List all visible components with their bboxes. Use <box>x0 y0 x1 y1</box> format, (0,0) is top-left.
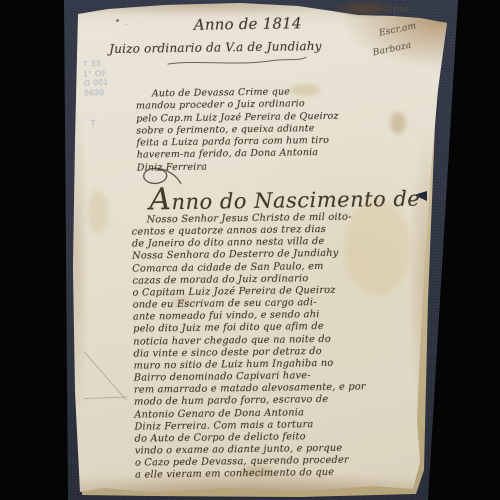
body-paragraph: Nosso Senhor Jesus Christo de mil oito-c… <box>131 211 363 482</box>
archival-code-line: G 001 <box>84 78 109 89</box>
corner-annotation-line: Barboza <box>371 35 421 62</box>
corner-annotation: P.laEscr.amBarboza <box>364 0 422 62</box>
handwriting-layer: Anno de 1814 Juizo ordinario da V.a de J… <box>0 0 500 500</box>
flourish-underline <box>167 56 307 68</box>
photo-backdrop: Anno de 1814 Juizo ordinario da V.a de J… <box>0 0 500 500</box>
archival-t-mark: T <box>90 118 96 128</box>
archival-code-line: 0630 <box>84 87 109 98</box>
archival-code: T 331° OFG 0010630 <box>83 59 110 98</box>
court-title: Juizo ordinario da V.a de Jundiahy <box>109 39 322 56</box>
year-heading: Anno de 1814 <box>194 14 302 34</box>
text-line: a elle vieram em conhecimento do que <box>135 467 363 482</box>
opening-paragraph: Auto de Devassa Crime quemandou proceder… <box>136 86 349 175</box>
